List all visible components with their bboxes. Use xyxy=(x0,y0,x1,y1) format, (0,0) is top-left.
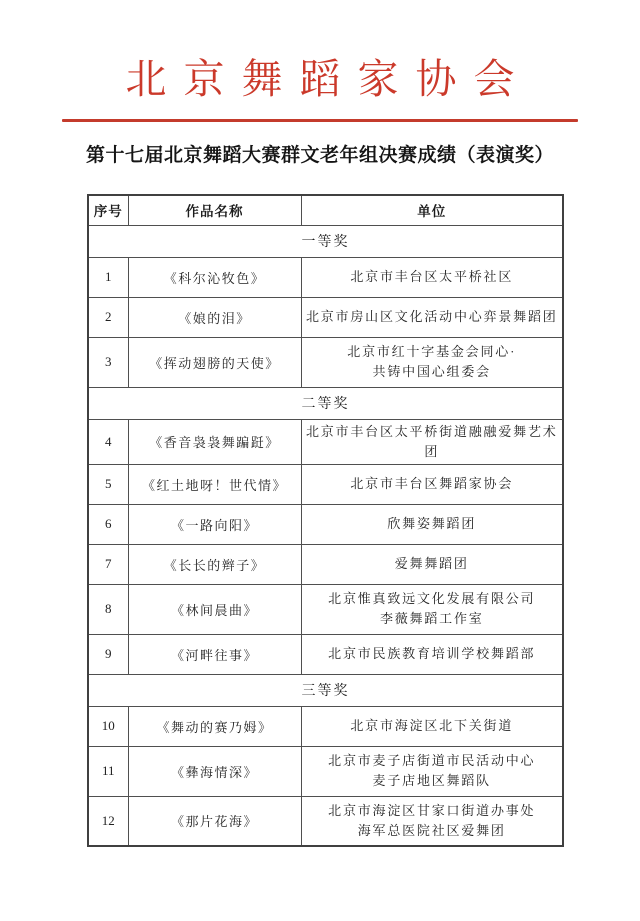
work-title: 《林间晨曲》 xyxy=(128,584,301,634)
row-number: 4 xyxy=(88,419,128,464)
row-number: 12 xyxy=(88,796,128,846)
work-title: 《那片花海》 xyxy=(128,796,301,846)
row-number: 11 xyxy=(88,746,128,796)
unit-name: 北京市麦子店街道市民活动中心 麦子店地区舞蹈队 xyxy=(301,746,563,796)
document-page: 北京舞蹈家协会 第十七届北京舞蹈大赛群文老年组决赛成绩（表演奖） 序号 作品名称… xyxy=(0,0,640,847)
work-title: 《挥动翅膀的天使》 xyxy=(128,337,301,387)
table-row: 2 《娘的泪》 北京市房山区文化活动中心弈景舞蹈团 xyxy=(88,297,563,337)
row-number: 8 xyxy=(88,584,128,634)
unit-line: 北京市丰台区舞蹈家协会 xyxy=(306,474,559,494)
row-number: 6 xyxy=(88,504,128,544)
work-title: 《长长的辫子》 xyxy=(128,544,301,584)
unit-name: 北京惟真致远文化发展有限公司 李薇舞蹈工作室 xyxy=(301,584,563,634)
unit-line: 共铸中国心组委会 xyxy=(306,362,559,382)
unit-line: 海军总医院社区爱舞团 xyxy=(306,821,559,841)
unit-name: 爱舞舞蹈团 xyxy=(301,544,563,584)
work-title: 《一路向阳》 xyxy=(128,504,301,544)
work-title: 《娘的泪》 xyxy=(128,297,301,337)
table-row: 10 《舞动的赛乃姆》 北京市海淀区北下关街道 xyxy=(88,706,563,746)
unit-line: 欣舞姿舞蹈团 xyxy=(306,514,559,534)
table-row: 9 《河畔往事》 北京市民族教育培训学校舞蹈部 xyxy=(88,634,563,674)
row-number: 7 xyxy=(88,544,128,584)
unit-name: 北京市丰台区舞蹈家协会 xyxy=(301,464,563,504)
table-row: 3 《挥动翅膀的天使》 北京市红十字基金会同心· 共铸中国心组委会 xyxy=(88,337,563,387)
unit-name: 欣舞姿舞蹈团 xyxy=(301,504,563,544)
work-title: 《香音袅袅舞蹁跹》 xyxy=(128,419,301,464)
row-number: 3 xyxy=(88,337,128,387)
table-row: 1 《科尔沁牧色》 北京市丰台区太平桥社区 xyxy=(88,257,563,297)
work-title: 《科尔沁牧色》 xyxy=(128,257,301,297)
table-header-row: 序号 作品名称 单位 xyxy=(88,195,563,225)
unit-name: 北京市民族教育培训学校舞蹈部 xyxy=(301,634,563,674)
row-number: 9 xyxy=(88,634,128,674)
table-row: 8 《林间晨曲》 北京惟真致远文化发展有限公司 李薇舞蹈工作室 xyxy=(88,584,563,634)
unit-line: 北京惟真致远文化发展有限公司 xyxy=(306,589,559,609)
row-number: 1 xyxy=(88,257,128,297)
table-row: 4 《香音袅袅舞蹁跹》 北京市丰台区太平桥街道融融爱舞艺术团 xyxy=(88,419,563,464)
unit-name: 北京市房山区文化活动中心弈景舞蹈团 xyxy=(301,297,563,337)
column-header-unit: 单位 xyxy=(301,195,563,225)
unit-name: 北京市丰台区太平桥社区 xyxy=(301,257,563,297)
award-section-label: 二等奖 xyxy=(88,387,563,419)
org-name-heading: 北京舞蹈家协会 xyxy=(0,56,640,103)
header-divider-rule xyxy=(62,119,578,122)
unit-name: 北京市海淀区北下关街道 xyxy=(301,706,563,746)
unit-line: 北京市丰台区太平桥街道融融爱舞艺术团 xyxy=(306,422,559,462)
row-number: 2 xyxy=(88,297,128,337)
unit-line: 北京市民族教育培训学校舞蹈部 xyxy=(306,644,559,664)
row-number: 10 xyxy=(88,706,128,746)
unit-name: 北京市丰台区太平桥街道融融爱舞艺术团 xyxy=(301,419,563,464)
work-title: 《彝海情深》 xyxy=(128,746,301,796)
column-header-no: 序号 xyxy=(88,195,128,225)
document-title: 第十七届北京舞蹈大赛群文老年组决赛成绩（表演奖） xyxy=(0,140,640,167)
table-row: 12 《那片花海》 北京市海淀区甘家口街道办事处 海军总医院社区爱舞团 xyxy=(88,796,563,846)
unit-line: 北京市房山区文化活动中心弈景舞蹈团 xyxy=(306,307,559,327)
unit-line: 北京市海淀区甘家口街道办事处 xyxy=(306,801,559,821)
column-header-work: 作品名称 xyxy=(128,195,301,225)
award-section-row: 二等奖 xyxy=(88,387,563,419)
table-row: 7 《长长的辫子》 爱舞舞蹈团 xyxy=(88,544,563,584)
award-section-label: 一等奖 xyxy=(88,225,563,257)
unit-line: 麦子店地区舞蹈队 xyxy=(306,771,559,791)
work-title: 《红土地呀！世代情》 xyxy=(128,464,301,504)
unit-line: 爱舞舞蹈团 xyxy=(306,554,559,574)
table-row: 5 《红土地呀！世代情》 北京市丰台区舞蹈家协会 xyxy=(88,464,563,504)
table-row: 11 《彝海情深》 北京市麦子店街道市民活动中心 麦子店地区舞蹈队 xyxy=(88,746,563,796)
unit-line: 北京市麦子店街道市民活动中心 xyxy=(306,751,559,771)
work-title: 《舞动的赛乃姆》 xyxy=(128,706,301,746)
results-table: 序号 作品名称 单位 一等奖 1 《科尔沁牧色》 北京市丰台区太平桥社区 2 《… xyxy=(87,194,564,847)
row-number: 5 xyxy=(88,464,128,504)
work-title: 《河畔往事》 xyxy=(128,634,301,674)
unit-line: 北京市丰台区太平桥社区 xyxy=(306,267,559,287)
unit-line: 北京市红十字基金会同心· xyxy=(306,342,559,362)
unit-name: 北京市海淀区甘家口街道办事处 海军总医院社区爱舞团 xyxy=(301,796,563,846)
unit-name: 北京市红十字基金会同心· 共铸中国心组委会 xyxy=(301,337,563,387)
award-section-row: 三等奖 xyxy=(88,674,563,706)
unit-line: 李薇舞蹈工作室 xyxy=(306,609,559,629)
award-section-label: 三等奖 xyxy=(88,674,563,706)
table-row: 6 《一路向阳》 欣舞姿舞蹈团 xyxy=(88,504,563,544)
unit-line: 北京市海淀区北下关街道 xyxy=(306,716,559,736)
award-section-row: 一等奖 xyxy=(88,225,563,257)
